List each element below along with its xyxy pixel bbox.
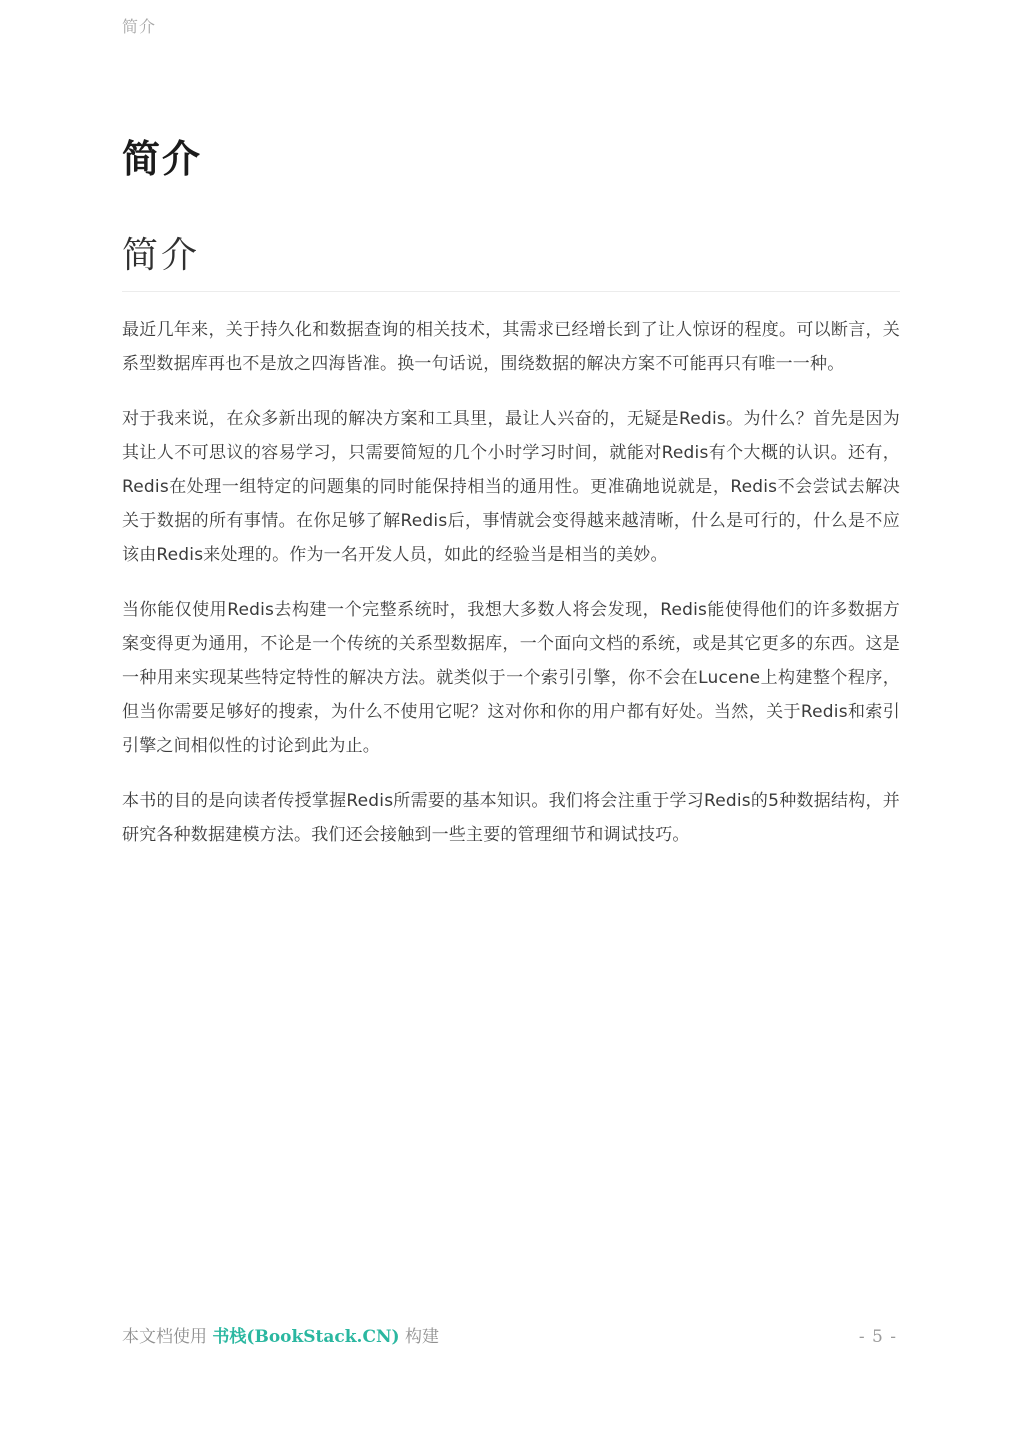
paragraph-3: 当你能仅使用Redis去构建一个完整系统时，我想大多数人将会发现，Redis能使… [122,593,900,763]
body-text: 最近几年来，关于持久化和数据查询的相关技术，其需求已经增长到了让人惊讶的程度。可… [122,313,900,852]
footer-credit: 本文档使用 书栈(BookStack.CN) 构建 [122,1322,439,1347]
paragraph-1: 最近几年来，关于持久化和数据查询的相关技术，其需求已经增长到了让人惊讶的程度。可… [122,313,900,381]
footer-credit-prefix: 本文档使用 [122,1327,212,1347]
page-content: 简介 简介 最近几年来，关于持久化和数据查询的相关技术，其需求已经增长到了让人惊… [122,0,900,852]
page-number: - 5 - [859,1327,897,1347]
document-page: 简介 简介 简介 最近几年来，关于持久化和数据查询的相关技术，其需求已经增长到了… [0,0,1019,1440]
paragraph-2: 对于我来说，在众多新出现的解决方案和工具里，最让人兴奋的，无疑是Redis。为什… [122,402,900,572]
paragraph-4: 本书的目的是向读者传授掌握Redis所需要的基本知识。我们将会注重于学习Redi… [122,784,900,852]
page-footer: 本文档使用 书栈(BookStack.CN) 构建 - 5 - [122,1322,897,1347]
bookstack-brand-link[interactable]: 书栈(BookStack.CN) [212,1327,399,1347]
section-title: 简介 [122,234,900,292]
page-title: 简介 [122,136,900,182]
footer-credit-suffix: 构建 [400,1327,439,1347]
